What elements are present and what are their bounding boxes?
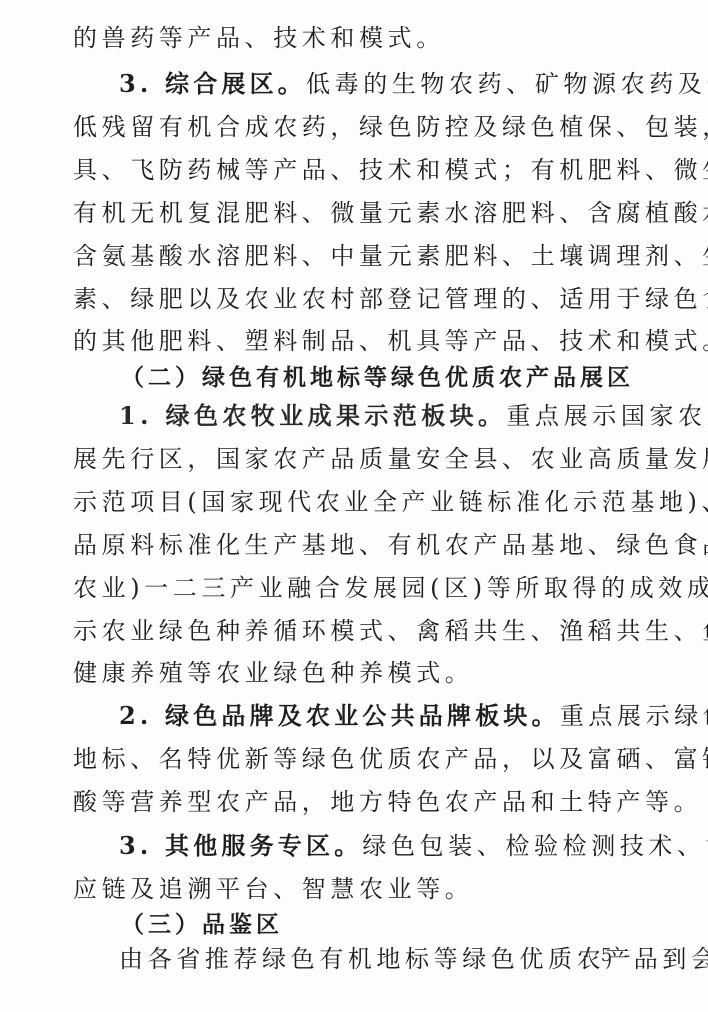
paragraph-line: 品原料标准化生产基地、有机农产品基地、绿色食品(有机 bbox=[73, 524, 633, 566]
paragraph-line: 1. 绿色农牧业成果示范板块。重点展示国家农业绿色发 bbox=[119, 395, 679, 437]
paragraph-line: 地标、名特优新等绿色优质农产品，以及富硒、富锌、高叶 bbox=[73, 738, 633, 780]
paragraph-line: 展先行区，国家农产品质量安全县、农业高质量发展标准化 bbox=[73, 438, 633, 480]
paragraph-line: 3. 其他服务专区。绿色包装、检验检测技术、认证、供 bbox=[119, 825, 679, 867]
paragraph-line: 含氨基酸水溶肥料、中量元素肥料、土壤调理剂、生物刺激 bbox=[73, 235, 633, 277]
paragraph-line: 具、飞防药械等产品、技术和模式；有机肥料、微生物肥料、 bbox=[73, 149, 633, 191]
paragraph-line: 3. 综合展区。低毒的生物农药、矿物源农药及部分低毒、 bbox=[119, 63, 679, 105]
page-number: - 5 - bbox=[583, 945, 633, 966]
paragraph-line: 示范项目(国家现代农业全产业链标准化示范基地)、绿色食 bbox=[73, 481, 633, 523]
paragraph-line: 农业)一二三产业融合发展园(区)等所取得的成效成就;展 bbox=[73, 567, 633, 609]
document-page: 的兽药等产品、技术和模式。 3. 综合展区。低毒的生物农药、矿物源农药及部分低毒… bbox=[0, 0, 708, 1012]
paragraph-line: 有机无机复混肥料、微量元素水溶肥料、含腐植酸水溶肥料、 bbox=[73, 192, 633, 234]
item-text: 低毒的生物农药、矿物源农药及部分低毒、 bbox=[306, 70, 708, 98]
paragraph-line: 健康养殖等农业绿色种养模式。 bbox=[73, 652, 633, 694]
paragraph-line: 酸等营养型农产品，地方特色农产品和土特产等。 bbox=[73, 781, 633, 823]
paragraph-line: 素、绿肥以及农业农村部登记管理的、适用于绿色食品生产 bbox=[73, 278, 633, 320]
paragraph-line: 低残留有机合成农药，绿色防控及绿色植保、包装，农业机 bbox=[73, 106, 633, 148]
item-lead: 2. 绿色品牌及农业公共品牌板块。 bbox=[119, 701, 560, 730]
item-text: 重点展示国家农业绿色发 bbox=[506, 402, 708, 430]
paragraph-line: 示农业绿色种养循环模式、禽稻共生、渔稻共生、鱼菜共生、 bbox=[73, 610, 633, 652]
item-text: 重点展示绿色、有机、 bbox=[560, 702, 708, 730]
section-heading: （二）绿色有机地标等绿色优质农产品展区 bbox=[121, 357, 681, 399]
item-lead: 1. 绿色农牧业成果示范板块。 bbox=[119, 401, 506, 430]
paragraph-line: 2. 绿色品牌及农业公共品牌板块。重点展示绿色、有机、 bbox=[119, 695, 679, 737]
item-lead: 3. 综合展区。 bbox=[119, 69, 306, 98]
paragraph-line: 的其他肥料、塑料制品、机具等产品、技术和模式。 bbox=[73, 320, 633, 362]
item-lead: 3. 其他服务专区。 bbox=[119, 831, 362, 860]
paragraph-line: 的兽药等产品、技术和模式。 bbox=[73, 17, 633, 59]
item-text: 绿色包装、检验检测技术、认证、供 bbox=[362, 832, 708, 860]
